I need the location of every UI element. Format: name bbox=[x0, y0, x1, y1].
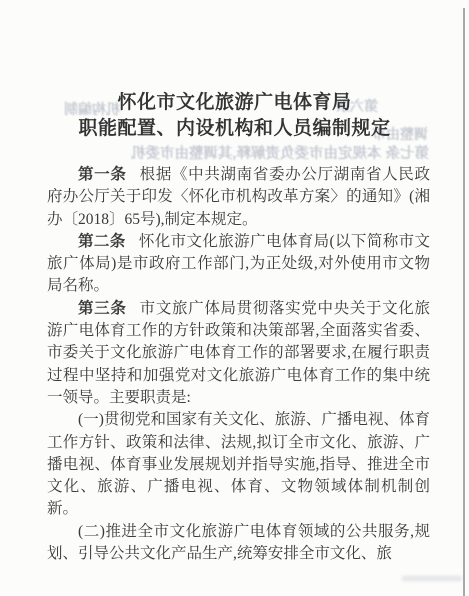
paragraph-article-1: 第一条根据《中共湖南省委办公厅湖南省人民政府办公厅关于印发〈怀化市机构改革方案〉… bbox=[47, 164, 430, 231]
paragraph-duty-2: (二)推进全市文化旅游广电体育领域的公共服务,规划、引导公共文化产品生产,统筹安… bbox=[47, 521, 430, 566]
paragraph-duty-1: (一)贯彻党和国家有关文化、旅游、广播电视、体育工作方针、政策和法律、法规,拟订… bbox=[47, 409, 430, 520]
article-3-label: 第三条 bbox=[78, 300, 127, 317]
article-1-label: 第一条 bbox=[78, 166, 127, 183]
document-title-line1: 怀化市文化旅游广电体育局 bbox=[0, 90, 469, 116]
duty-1-text: 贯彻党和国家有关文化、旅游、广播电视、体育工作方针、政策和法律、法规,拟订全市文… bbox=[47, 411, 430, 517]
article-2-label: 第二条 bbox=[78, 233, 126, 250]
duty-2-text: 推进全市文化旅游广电体育领域的公共服务,规划、引导公共文化产品生产,统筹安排全市… bbox=[47, 523, 430, 562]
paragraph-article-3: 第三条市文旅广体局贯彻落实党中央关于文化旅游广电体育工作的方针政策和决策部署,全… bbox=[47, 298, 430, 409]
document-title-line2: 职能配置、内设机构和人员编制规定 bbox=[0, 116, 469, 142]
document-body: 第一条根据《中共湖南省委办公厅湖南省人民政府办公厅关于印发〈怀化市机构改革方案〉… bbox=[47, 164, 430, 565]
paragraph-article-2: 第二条怀化市文化旅游广电体育局(以下简称市文旅广体局)是市政府工作部门,为正处级… bbox=[47, 231, 430, 298]
scanned-document-page: 机构编制 第六条 调整由市 第七条 本规定由市委负责解释,其调整由市委机 怀化市… bbox=[0, 0, 469, 596]
document-title: 怀化市文化旅游广电体育局 职能配置、内设机构和人员编制规定 bbox=[0, 90, 469, 142]
duty-2-label: (二) bbox=[78, 523, 105, 540]
scan-smudge bbox=[402, 576, 462, 581]
bleed-through-text: 第七条 本规定由市委负责解释,其调整由市委机 bbox=[45, 142, 429, 163]
duty-1-label: (一) bbox=[78, 411, 104, 428]
page-edge-line bbox=[463, 8, 465, 596]
